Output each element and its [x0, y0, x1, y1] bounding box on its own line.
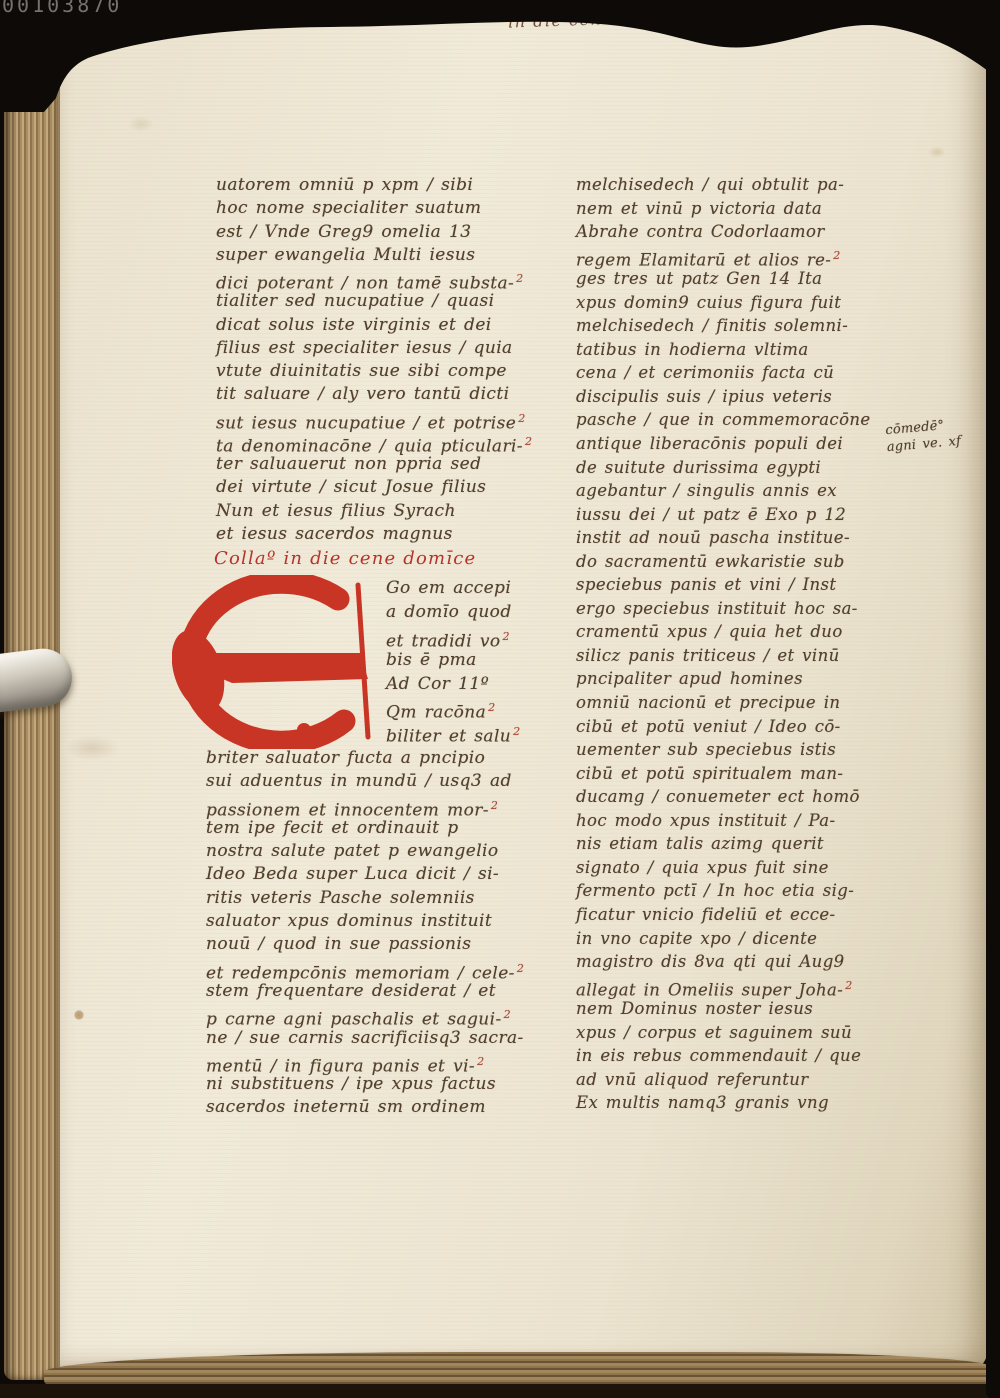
text-line: hoc modo xpus instituit / Pa- [576, 809, 922, 833]
text-line: Ex multis namq3 granis vng [576, 1091, 922, 1115]
text-line: nis etiam talis azimg querit [576, 832, 922, 856]
text-line: Ad Cor 11º [386, 673, 552, 697]
text-line: et redempcōnis memoriam / cele-2 [206, 957, 554, 980]
text-line: uatorem omniū p xpm / sibi [216, 174, 552, 197]
text-line: agebantur / singulis annis ex [576, 479, 922, 503]
text-line: nem et vinū p victoria data [576, 197, 922, 221]
text-line: sut iesus nucupatiue / et potrise2 [216, 407, 552, 430]
text-line: dici poterant / non tamē substa-2 [216, 267, 552, 290]
text-line: sui aduentus in mundū / usq3 ad [206, 770, 554, 793]
text-line: ficatur vnicio fideliū et ecce- [576, 903, 922, 927]
text-line: nouū / quod in sue passionis [206, 933, 554, 956]
text-line: ritis veteris Pasche solemniis [206, 887, 554, 910]
line-end-mark: 2 [516, 272, 523, 285]
text-line: antique liberacōnis populi dei [576, 432, 922, 456]
rubric-line: Collaº in die cene domīce [214, 548, 476, 569]
text-line: bis ē pma [386, 649, 552, 673]
text-line: melchisedech / qui obtulit pa- [576, 173, 922, 197]
text-line: de suitute durissima egypti [576, 456, 922, 480]
line-end-mark: 2 [502, 630, 509, 643]
text-line: tatibus in hodierna vltima [576, 338, 922, 362]
text-line: ni substituens / ipe xpus factus [206, 1073, 554, 1096]
text-line: dicat solus iste virginis et dei [216, 314, 552, 337]
text-line: filius est specialiter iesus / quia [216, 337, 552, 360]
text-line: Nun et iesus filius Syrach [216, 500, 552, 523]
text-line: in eis rebus commendauit / que [576, 1044, 922, 1068]
text-line: nostra salute patet p ewangelio [206, 840, 554, 863]
text-line: cibū et potū veniut / Ideo cō- [576, 715, 922, 739]
text-line: nem Dominus noster iesus [576, 997, 922, 1021]
text-line: cramentū xpus / quia het duo [576, 620, 922, 644]
text-line: ducamg / conuemeter ect homō [576, 785, 922, 809]
text-line: est / Vnde Greg9 omelia 13 [216, 221, 552, 244]
text-line: instit ad nouū pascha institue- [576, 526, 922, 550]
text-line: et iesus sacerdos magnus [216, 523, 552, 546]
text-line: hoc nome specialiter suatum [216, 197, 552, 220]
text-line: pasche / que in commemoracōne [576, 408, 922, 432]
text-line: biliter et salu2 [386, 720, 552, 744]
text-line: Abrahe contra Codorlaamor [576, 220, 922, 244]
left-text-column-lower: briter saluator fucta a pncipiosui aduen… [206, 747, 554, 1120]
text-line: discipulis suis / ipius veteris [576, 385, 922, 409]
line-end-mark: 2 [518, 412, 525, 425]
text-line: briter saluator fucta a pncipio [206, 747, 554, 770]
text-line: fermento pctī / In hoc etia sig- [576, 879, 922, 903]
text-line: Ideo Beda super Luca dicit / si- [206, 863, 554, 886]
scan-edge-right [986, 0, 1000, 1398]
text-line: Go em accepi [386, 577, 552, 601]
right-text-column: melchisedech / qui obtulit pa-nem et vin… [576, 173, 922, 1115]
text-line: xpus domin9 cuius figura fuit [576, 291, 922, 315]
line-end-mark: 2 [513, 725, 520, 738]
text-line: cibū et potū spiritualem man- [576, 762, 922, 786]
text-line: cena / et cerimoniis facta cū [576, 361, 922, 385]
text-line: do sacramentū ewkaristie sub [576, 550, 922, 574]
line-end-mark: 2 [491, 799, 498, 812]
text-line: dei virtute / sicut Josue filius [216, 476, 552, 499]
left-text-column-upper: uatorem omniū p xpm / sibihoc nome speci… [216, 174, 552, 546]
line-end-mark: 2 [525, 435, 532, 448]
line-end-mark: 2 [833, 249, 840, 262]
text-line: saluator xpus dominus instituit [206, 910, 554, 933]
text-line: in vno capite xpo / dicente [576, 927, 922, 951]
text-line: ter saluauerut non ppria sed [216, 453, 552, 476]
text-line: omniū nacionū et precipue in [576, 691, 922, 715]
text-line: passionem et innocentem mor-2 [206, 794, 554, 817]
text-line: et tradidi vo2 [386, 625, 552, 649]
line-end-mark: 2 [517, 962, 524, 975]
bottom-cover-shadow [0, 1384, 1000, 1398]
text-line: p carne agni paschalis et sagui-2 [206, 1003, 554, 1026]
manuscript-scan: in die cene dōie uatorem omniū p xpm / s… [0, 0, 1000, 1398]
text-line: tem ipe fecit et ordinauit p [206, 817, 554, 840]
text-line: ad vnū aliquod referuntur [576, 1068, 922, 1092]
text-line: tit saluare / aly vero tantū dicti [216, 383, 552, 406]
text-line: vtute diuinitatis sue sibi compe [216, 360, 552, 383]
line-end-mark: 2 [488, 701, 495, 714]
text-line: ergo speciebus instituit hoc sa- [576, 597, 922, 621]
initial-letter-E [172, 575, 384, 753]
text-line: a domīo quod [386, 601, 552, 625]
text-line: super ewangelia Multi iesus [216, 244, 552, 267]
initial-side-text: Go em accepia domīo quodet tradidi vo2bi… [386, 577, 552, 744]
fore-edge-left [4, 86, 60, 1380]
text-line: sacerdos ineternū sm ordinem [206, 1096, 554, 1119]
text-line: iussu dei / ut patz ē Exo p 12 [576, 503, 922, 527]
text-line: signato / quia xpus fuit sine [576, 856, 922, 880]
text-line: magistro dis 8va qti qui Aug9 [576, 950, 922, 974]
text-line: Qm racōna2 [386, 696, 552, 720]
archive-number: 00103870 [2, 0, 122, 17]
text-line: ges tres ut patz Gen 14 Ita [576, 267, 922, 291]
text-line: ne / sue carnis sacrificiisq3 sacra- [206, 1027, 554, 1050]
text-line: speciebus panis et vini / Inst [576, 573, 922, 597]
line-end-mark: 2 [504, 1008, 511, 1021]
line-end-mark: 2 [477, 1055, 484, 1068]
text-line: xpus / corpus et saguinem suū [576, 1021, 922, 1045]
text-line: pncipaliter apud homines [576, 667, 922, 691]
fore-edge-bottom [44, 1352, 992, 1386]
text-line: stem frequentare desiderat / et [206, 980, 554, 1003]
line-end-mark: 2 [845, 979, 852, 992]
text-line: uementer sub speciebus istis [576, 738, 922, 762]
text-line: silicz panis triticeus / et vinū [576, 644, 922, 668]
text-line: allegat in Omeliis super Joha-2 [576, 974, 922, 998]
text-line: regem Elamitarū et alios re-2 [576, 244, 922, 268]
text-line: melchisedech / finitis solemni- [576, 314, 922, 338]
text-line: ta denominacōne / quia pticulari-2 [216, 430, 552, 453]
text-line: mentū / in figura panis et vi-2 [206, 1050, 554, 1073]
